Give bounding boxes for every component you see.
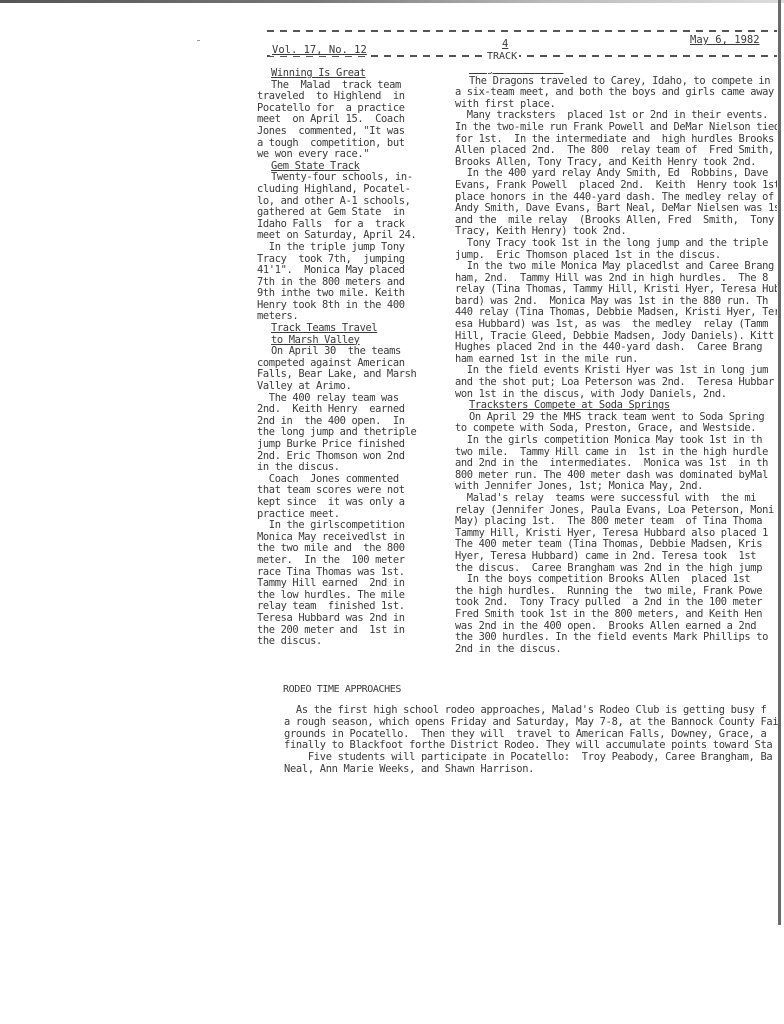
article-line: gathered at Gem State in [257, 207, 450, 219]
left-column: Winning Is GreatThe Malad track teamtrav… [257, 68, 450, 648]
article-line: Teresa Hubbard was 2nd in [257, 613, 450, 625]
article-line: Andy Smith, Dave Evans, Bart Neal, DeMar… [455, 203, 777, 215]
article-headline: Track Teams Travel [257, 323, 450, 335]
article-line: 2nd in the discus. [455, 644, 777, 656]
article-line: Jones commented, "It was [257, 126, 450, 138]
article-line: Allen placed 2nd. The 800 relay team of … [455, 145, 777, 157]
article-line: In the two mile Monica May placedlst and… [455, 261, 777, 273]
article-line: In the girlscompetition [257, 520, 450, 532]
rodeo-article-title: RODEO TIME APPROACHES [283, 684, 401, 695]
article-line: Malad's relay teams were successful with… [455, 493, 777, 505]
article-line: May) placing 1st. The 800 meter team of … [455, 516, 777, 528]
header-rule-top [267, 30, 777, 32]
article-headline: Winning Is Great [257, 68, 450, 80]
article-line: Neal, Ann Marie Weeks, and Shawn Harriso… [284, 764, 779, 776]
rodeo-article-body: As the first high school rodeo approache… [284, 705, 779, 776]
article-line: In the triple jump Tony [257, 242, 450, 254]
article-line: we won every race." [257, 149, 450, 161]
right-column: Dragons Win MeetThe Dragons traveled to … [455, 72, 777, 655]
page-number: 4 [500, 38, 510, 50]
issue-date: May 6, 1982 [688, 34, 762, 46]
right-column-clip: Dragons Win MeetThe Dragons traveled to … [455, 72, 777, 663]
article-line: Fred Smith took 1st in the 800 meters, a… [455, 609, 777, 621]
article-line: and the shot put; Loa Peterson was 2nd. … [455, 377, 777, 389]
article-line: 41'1". Monica May placed [257, 265, 450, 277]
scan-top-edge [0, 0, 784, 3]
section-heading: TRACK [485, 51, 519, 63]
scan-speck [197, 40, 200, 41]
article-line: meter. In the 100 meter [257, 555, 450, 567]
article-line: cluding Highland, Pocatel- [257, 184, 450, 196]
article-line: Hyer, Teresa Hubbard) came in 2nd. Teres… [455, 551, 777, 563]
article-line: Valley at Arimo. [257, 381, 450, 393]
article-line: the 300 hurdles. In the field events Mar… [455, 632, 777, 644]
article-line: jump Burke Price finished [257, 439, 450, 451]
article-line: a rough season, which opens Friday and S… [284, 717, 779, 729]
scan-right-edge [778, 0, 781, 925]
article-line: esa Hubbard) was 1st, as was the medley … [455, 319, 777, 331]
article-line: In the two-mile run Frank Powell and DeM… [455, 122, 777, 134]
article-line: Evans, Frank Powell placed 2nd. Keith He… [455, 180, 777, 192]
article-line: In the boys competition Brooks Allen pla… [455, 574, 777, 586]
article-line: Tony Tracy took 1st in the long jump and… [455, 238, 777, 250]
article-line: In the girls competition Monica May took… [455, 435, 777, 447]
article-line: the discus. [257, 636, 450, 648]
article-line: kept since it was only a [257, 497, 450, 509]
volume-issue: Vol. 17, No. 12 [270, 44, 369, 56]
article-line: Tammy Hill earned 2nd in [257, 578, 450, 590]
